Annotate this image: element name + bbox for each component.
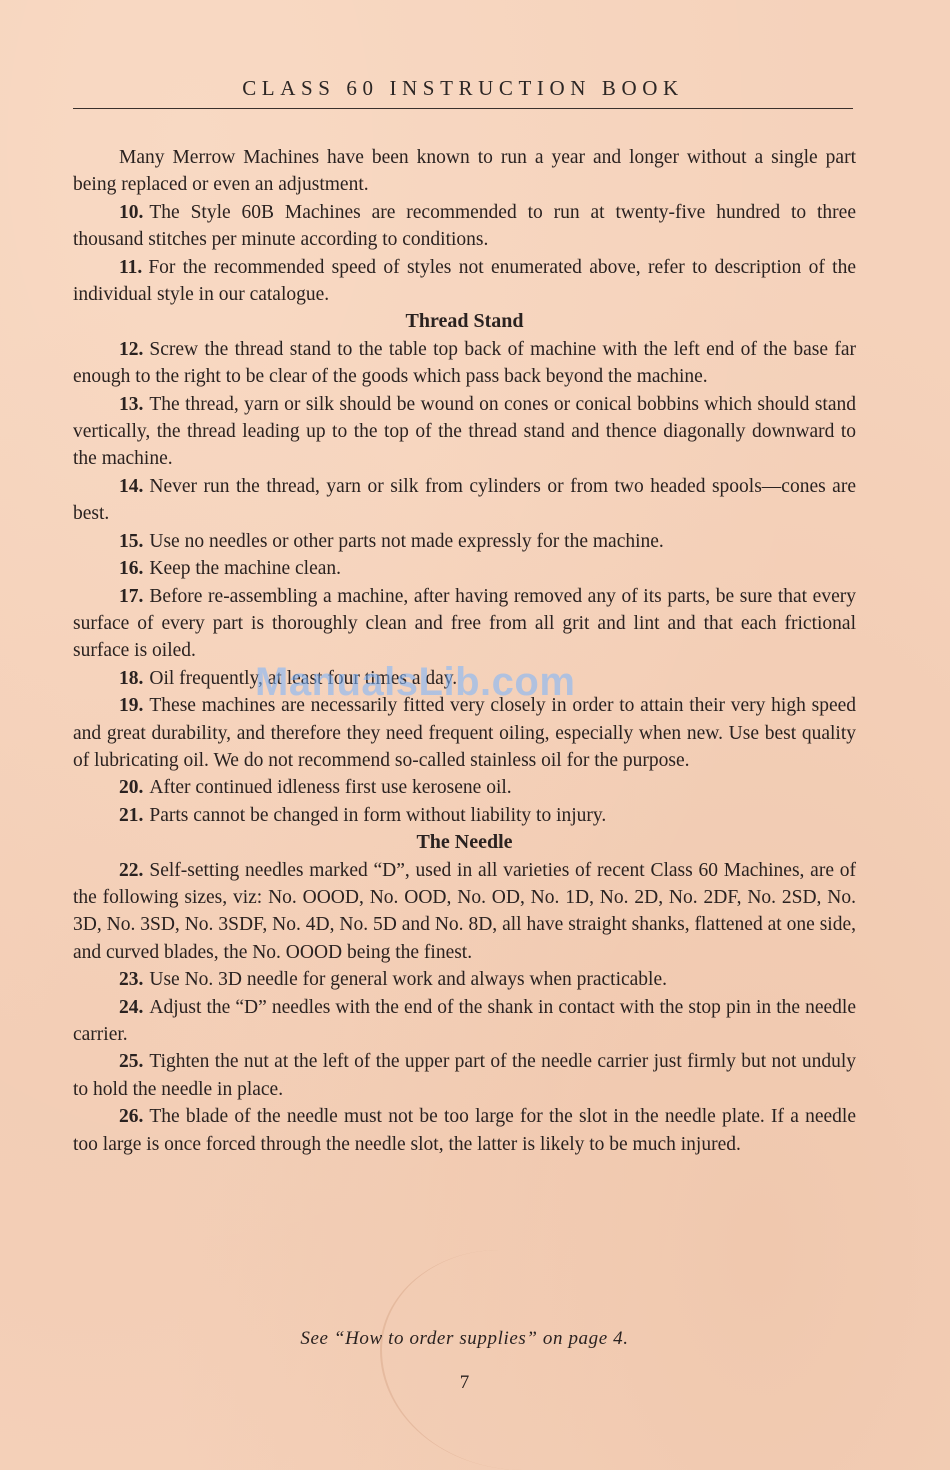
paragraph: Many Merrow Machines have been known to … bbox=[73, 144, 856, 199]
paragraph-text: The thread, yarn or silk should be wound… bbox=[73, 394, 856, 470]
paragraph-number: 11. bbox=[119, 257, 142, 278]
paragraph-number: 10. bbox=[119, 202, 143, 223]
paragraph-number: 15. bbox=[119, 531, 143, 552]
paragraph-text: After continued idleness first use keros… bbox=[149, 777, 511, 798]
paragraph-number: 24. bbox=[119, 997, 143, 1018]
body-text: Many Merrow Machines have been known to … bbox=[73, 144, 856, 1158]
paragraph: 18.Oil frequently, at least four times a… bbox=[73, 665, 856, 692]
paragraph-text: Many Merrow Machines have been known to … bbox=[73, 147, 856, 195]
paragraph-number: 14. bbox=[119, 476, 143, 497]
paragraph-number: 21. bbox=[119, 805, 143, 826]
paragraph-text: Parts cannot be changed in form without … bbox=[149, 805, 606, 826]
header-rule bbox=[73, 108, 853, 109]
paragraph-text: Use no needles or other parts not made e… bbox=[149, 531, 663, 552]
paragraph-text: Screw the thread stand to the table top … bbox=[73, 339, 856, 387]
page-number: 7 bbox=[73, 1372, 856, 1394]
paragraph-text: These machines are necessarily fitted ve… bbox=[73, 695, 856, 771]
paragraph: 12.Screw the thread stand to the table t… bbox=[73, 336, 856, 391]
paragraph-text: Before re-assembling a machine, after ha… bbox=[73, 586, 856, 662]
paragraph-text: For the recommended speed of styles not … bbox=[73, 257, 856, 305]
paragraph: 11.For the recommended speed of styles n… bbox=[73, 254, 856, 309]
paper-stain bbox=[380, 1250, 642, 1470]
paragraph-number: 18. bbox=[119, 668, 143, 689]
paragraph-text: Self-setting needles marked “D”, used in… bbox=[73, 860, 856, 963]
paragraph: 26.The blade of the needle must not be t… bbox=[73, 1103, 856, 1158]
paragraph-number: 22. bbox=[119, 860, 143, 881]
paragraph-text: The blade of the needle must not be too … bbox=[73, 1106, 856, 1154]
paragraph-text: Never run the thread, yarn or silk from … bbox=[73, 476, 856, 524]
paragraph-number: 19. bbox=[119, 695, 143, 716]
paragraph-number: 13. bbox=[119, 394, 143, 415]
paragraph-text: Use No. 3D needle for general work and a… bbox=[149, 969, 667, 990]
paragraph: 17.Before re-assembling a machine, after… bbox=[73, 583, 856, 665]
paragraph-text: Adjust the “D” needles with the end of t… bbox=[73, 997, 856, 1045]
paragraph: 22.Self-setting needles marked “D”, used… bbox=[73, 857, 856, 967]
paragraph-text: The Style 60B Machines are recommended t… bbox=[73, 202, 856, 250]
paragraph: 23.Use No. 3D needle for general work an… bbox=[73, 966, 856, 993]
paragraph: 13.The thread, yarn or silk should be wo… bbox=[73, 391, 856, 473]
paragraph-number: 25. bbox=[119, 1051, 143, 1072]
section-heading: Thread Stand bbox=[73, 308, 856, 335]
section-heading: The Needle bbox=[73, 829, 856, 856]
paragraph-number: 20. bbox=[119, 777, 143, 798]
supplies-footnote: See “How to order supplies” on page 4. bbox=[73, 1328, 856, 1350]
paragraph: 21.Parts cannot be changed in form witho… bbox=[73, 802, 856, 829]
paragraph-text: Tighten the nut at the left of the upper… bbox=[73, 1051, 856, 1099]
paragraph-number: 12. bbox=[119, 339, 143, 360]
paragraph-number: 17. bbox=[119, 586, 143, 607]
paragraph: 19.These machines are necessarily fitted… bbox=[73, 692, 856, 774]
paragraph: 10.The Style 60B Machines are recommende… bbox=[73, 199, 856, 254]
paragraph: 20.After continued idleness first use ke… bbox=[73, 774, 856, 801]
paragraph-text: Oil frequently, at least four times a da… bbox=[149, 668, 457, 689]
paragraph-number: 26. bbox=[119, 1106, 143, 1127]
paragraph: 16.Keep the machine clean. bbox=[73, 555, 856, 582]
paragraph-text: Keep the machine clean. bbox=[149, 558, 341, 579]
paragraph: 24.Adjust the “D” needles with the end o… bbox=[73, 994, 856, 1049]
paragraph: 15.Use no needles or other parts not mad… bbox=[73, 528, 856, 555]
paragraph: 14.Never run the thread, yarn or silk fr… bbox=[73, 473, 856, 528]
paragraph: 25.Tighten the nut at the left of the up… bbox=[73, 1048, 856, 1103]
paragraph-number: 16. bbox=[119, 558, 143, 579]
paragraph-number: 23. bbox=[119, 969, 143, 990]
running-head: CLASS 60 INSTRUCTION BOOK bbox=[73, 76, 853, 101]
